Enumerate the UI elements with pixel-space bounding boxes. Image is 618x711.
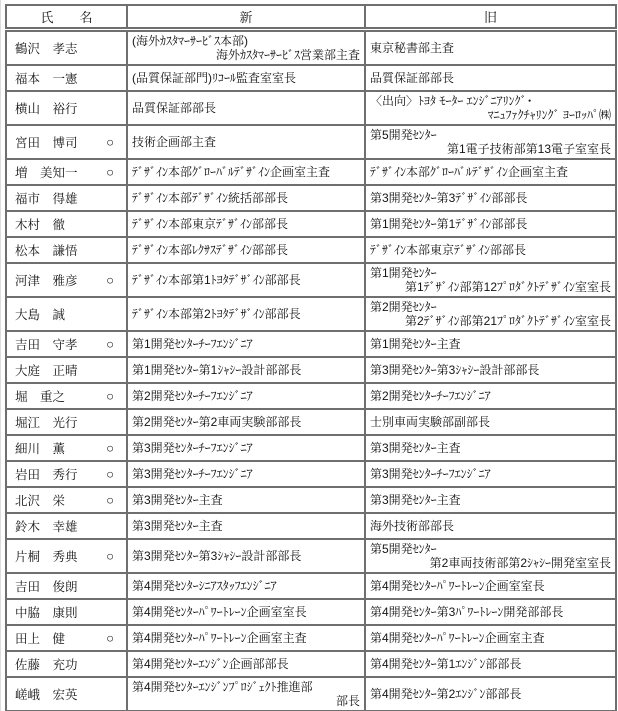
name-cell: 細川 薫○ xyxy=(6,435,127,461)
new-position-line: ﾃﾞｻﾞｲﾝ本部ﾚｸｻｽﾃﾞｻﾞｲﾝ部部長 xyxy=(132,243,360,257)
employee-name: 松本 謙悟 xyxy=(15,244,78,258)
old-position-cell: 第4開発ｾﾝﾀｰﾊﾟﾜｰﾄﾚｰﾝ企画室主査 xyxy=(365,625,616,651)
new-position-cell: 第3開発ｾﾝﾀｰ第3ｼｬｼｰ設計部部長 xyxy=(127,539,365,573)
old-position-cell: ﾃﾞｻﾞｲﾝ本部ｸﾞﾛｰﾊﾞﾙﾃﾞｻﾞｲﾝ企画室主査 xyxy=(365,159,616,185)
employee-name: 大庭 正晴 xyxy=(15,364,78,378)
new-position-line: 品質保証部部長 xyxy=(132,101,360,115)
new-position-line: ﾃﾞｻﾞｲﾝ本部ﾃﾞｻﾞｲﾝ統括部部長 xyxy=(132,191,360,205)
name-cell: 岩田 秀行○ xyxy=(6,461,127,487)
name-cell: 吉田 守孝○ xyxy=(6,331,127,357)
employee-name: 佐藤 充功 xyxy=(15,658,78,672)
new-position-line: 第4開発ｾﾝﾀｰﾊﾟﾜｰﾄﾚｰﾝ企画室主査 xyxy=(132,631,360,645)
column-header-old: 旧 xyxy=(365,5,616,30)
name-cell: 大庭 正晴 xyxy=(6,357,127,383)
employee-name: 福市 得雄 xyxy=(15,192,78,206)
old-position-cell: 第4開発ｾﾝﾀｰﾊﾟﾜｰﾄﾚｰﾝ企画室室長 xyxy=(365,573,616,599)
old-position-cell: 海外技術部部長 xyxy=(365,513,616,539)
table-row: 大島 誠ﾃﾞｻﾞｲﾝ本部第2ﾄﾖﾀﾃﾞｻﾞｲﾝ部部長第2開発ｾﾝﾀｰ第2ﾃﾞｻﾞ… xyxy=(6,297,616,331)
old-position-line: 第3開発ｾﾝﾀｰ主査 xyxy=(370,441,611,455)
new-position-cell: ﾃﾞｻﾞｲﾝ本部ﾃﾞｻﾞｲﾝ統括部部長 xyxy=(127,185,365,211)
old-position-line: 第2開発ｾﾝﾀｰ xyxy=(370,300,611,314)
name-cell: 嵯峨 宏英 xyxy=(6,677,127,711)
new-position-line: 部長 xyxy=(132,694,360,708)
table-row: 鶴沢 孝志(海外ｶｽﾀﾏｰｻｰﾋﾞｽ本部)海外ｶｽﾀﾏｰｻｰﾋﾞｽ営業部主査東京… xyxy=(6,30,616,66)
table-row: 堀江 光行第2開発ｾﾝﾀｰ第2車両実験部部長士別車両実験部副部長 xyxy=(6,409,616,435)
name-cell: 増 美知一○ xyxy=(6,159,127,185)
new-position-line: 第3開発ｾﾝﾀｰﾁｰﾌｴﾝｼﾞﾆｱ xyxy=(132,467,360,481)
table-row: 佐藤 充功第4開発ｾﾝﾀｰｴﾝｼﾞﾝ企画部部長第4開発ｾﾝﾀｰ第1ｴﾝｼﾞﾝ部部… xyxy=(6,651,616,677)
old-position-line: 第1ﾃﾞｻﾞｲﾝ部第12ﾌﾟﾛﾀﾞｸﾄﾃﾞｻﾞｲﾝ室室長 xyxy=(370,280,611,294)
employee-name: 河津 雅彦 xyxy=(15,274,78,288)
new-position-cell: 第4開発ｾﾝﾀｰﾊﾟﾜｰﾄﾚｰﾝ企画室室長 xyxy=(127,599,365,625)
old-position-cell: 第5開発ｾﾝﾀｰ第1電子技術部第13電子室室長 xyxy=(365,125,616,159)
circle-mark: ○ xyxy=(106,549,114,564)
employee-name: 福本 一憲 xyxy=(15,72,78,86)
old-position-line: 第2開発ｾﾝﾀｰﾁｰﾌｴﾝｼﾞﾆｱ xyxy=(370,389,611,403)
new-position-line: 第4開発ｾﾝﾀｰｴﾝｼﾞﾝﾌﾟﾛｼﾞｪｸﾄ推進部 xyxy=(132,680,360,694)
new-position-cell: 技術企画部主査 xyxy=(127,125,365,159)
name-cell: 片桐 秀典○ xyxy=(6,539,127,573)
table-row: 河津 雅彦○ﾃﾞｻﾞｲﾝ本部第1ﾄﾖﾀﾃﾞｻﾞｲﾝ部部長第1開発ｾﾝﾀｰ第1ﾃﾞ… xyxy=(6,263,616,297)
employee-name: 鶴沢 孝志 xyxy=(15,42,78,56)
table-body: 鶴沢 孝志(海外ｶｽﾀﾏｰｻｰﾋﾞｽ本部)海外ｶｽﾀﾏｰｻｰﾋﾞｽ営業部主査東京… xyxy=(6,30,616,711)
table-row: 吉田 俊朗第4開発ｾﾝﾀｰｼﾆｱｽﾀｯﾌｴﾝｼﾞﾆｱ第4開発ｾﾝﾀｰﾊﾟﾜｰﾄﾚ… xyxy=(6,573,616,599)
name-cell: 佐藤 充功 xyxy=(6,651,127,677)
employee-name: 木村 徹 xyxy=(15,218,65,232)
name-cell: 堀 重之○ xyxy=(6,383,127,409)
new-position-cell: 第4開発ｾﾝﾀｰﾊﾟﾜｰﾄﾚｰﾝ企画室主査 xyxy=(127,625,365,651)
table-row: 吉田 守孝○第1開発ｾﾝﾀｰﾁｰﾌｴﾝｼﾞﾆｱ第1開発ｾﾝﾀｰ主査 xyxy=(6,331,616,357)
new-position-line: 第3開発ｾﾝﾀｰﾁｰﾌｴﾝｼﾞﾆｱ xyxy=(132,441,360,455)
name-cell: 北沢 栄○ xyxy=(6,487,127,513)
new-position-line: 第2開発ｾﾝﾀｰ第2車両実験部部長 xyxy=(132,415,360,429)
employee-name: 吉田 俊朗 xyxy=(15,580,78,594)
table-row: 木村 徹ﾃﾞｻﾞｲﾝ本部東京ﾃﾞｻﾞｲﾝ部部長第1開発ｾﾝﾀｰ第1ﾃﾞｻﾞｲﾝ部… xyxy=(6,211,616,237)
old-position-cell: ﾃﾞｻﾞｲﾝ本部東京ﾃﾞｻﾞｲﾝ部部長 xyxy=(365,237,616,263)
old-position-line: 第3開発ｾﾝﾀｰ第3ｼｬｼｰ設計部部長 xyxy=(370,363,611,377)
circle-mark: ○ xyxy=(106,467,114,482)
employee-name: 増 美知一 xyxy=(15,166,78,180)
old-position-cell: 第4開発ｾﾝﾀｰ第3ﾊﾟﾜｰﾄﾚｰﾝ開発部部長 xyxy=(365,599,616,625)
old-position-line: 第1電子技術部第13電子室室長 xyxy=(370,142,611,156)
name-cell: 河津 雅彦○ xyxy=(6,263,127,297)
old-position-line: 第2ﾃﾞｻﾞｲﾝ部第21ﾌﾟﾛﾀﾞｸﾄﾃﾞｻﾞｲﾝ室室長 xyxy=(370,314,611,328)
employee-name: 堀 重之 xyxy=(15,390,65,404)
table-row: 福本 一憲(品質保証部門)ﾘｺｰﾙ監査室室長品質保証部部長 xyxy=(6,65,616,91)
new-position-cell: 品質保証部部長 xyxy=(127,91,365,125)
name-cell: 宮田 博司○ xyxy=(6,125,127,159)
name-cell: 中脇 康則 xyxy=(6,599,127,625)
name-cell: 横山 裕行 xyxy=(6,91,127,125)
old-position-line: 第3開発ｾﾝﾀｰ第3ﾃﾞｻﾞｲﾝ部部長 xyxy=(370,191,611,205)
employee-name: 中脇 康則 xyxy=(15,606,78,620)
name-cell: 大島 誠 xyxy=(6,297,127,331)
new-position-line: (海外ｶｽﾀﾏｰｻｰﾋﾞｽ本部) xyxy=(132,34,360,48)
old-position-line: 第4開発ｾﾝﾀｰ第1ｴﾝｼﾞﾝ部部長 xyxy=(370,657,611,671)
old-position-line: 第4開発ｾﾝﾀｰ第3ﾊﾟﾜｰﾄﾚｰﾝ開発部部長 xyxy=(370,605,611,619)
name-cell: 福市 得雄 xyxy=(6,185,127,211)
column-header-name: 氏 名 xyxy=(6,5,127,30)
circle-mark: ○ xyxy=(106,135,114,150)
circle-mark: ○ xyxy=(106,493,114,508)
name-cell: 吉田 俊朗 xyxy=(6,573,127,599)
new-position-line: 第1開発ｾﾝﾀｰﾁｰﾌｴﾝｼﾞﾆｱ xyxy=(132,337,360,351)
employee-name: 田上 健 xyxy=(15,632,65,646)
new-position-line: 海外ｶｽﾀﾏｰｻｰﾋﾞｽ営業部主査 xyxy=(132,48,360,62)
new-position-cell: 第1開発ｾﾝﾀｰ第1ｼｬｼｰ設計部部長 xyxy=(127,357,365,383)
old-position-line: 第4開発ｾﾝﾀｰ第2ｴﾝｼﾞﾝ部部長 xyxy=(370,687,611,701)
old-position-cell: 第3開発ｾﾝﾀｰﾁｰﾌｴﾝｼﾞﾆｱ xyxy=(365,461,616,487)
table-row: 岩田 秀行○第3開発ｾﾝﾀｰﾁｰﾌｴﾝｼﾞﾆｱ第3開発ｾﾝﾀｰﾁｰﾌｴﾝｼﾞﾆｱ xyxy=(6,461,616,487)
employee-name: 細川 薫 xyxy=(15,442,65,456)
new-position-line: ﾃﾞｻﾞｲﾝ本部ｸﾞﾛｰﾊﾞﾙﾃﾞｻﾞｲﾝ企画室主査 xyxy=(132,165,360,179)
table-row: 中脇 康則第4開発ｾﾝﾀｰﾊﾟﾜｰﾄﾚｰﾝ企画室室長第4開発ｾﾝﾀｰ第3ﾊﾟﾜｰ… xyxy=(6,599,616,625)
new-position-cell: 第4開発ｾﾝﾀｰｴﾝｼﾞﾝﾌﾟﾛｼﾞｪｸﾄ推進部部長 xyxy=(127,677,365,711)
old-position-cell: 士別車両実験部副部長 xyxy=(365,409,616,435)
new-position-line: ﾃﾞｻﾞｲﾝ本部第2ﾄﾖﾀﾃﾞｻﾞｲﾝ部部長 xyxy=(132,307,360,321)
new-position-cell: 第1開発ｾﾝﾀｰﾁｰﾌｴﾝｼﾞﾆｱ xyxy=(127,331,365,357)
old-position-line: 士別車両実験部副部長 xyxy=(370,415,611,429)
circle-mark: ○ xyxy=(106,165,114,180)
old-position-cell: 第2開発ｾﾝﾀｰﾁｰﾌｴﾝｼﾞﾆｱ xyxy=(365,383,616,409)
new-position-cell: 第4開発ｾﾝﾀｰｴﾝｼﾞﾝ企画部部長 xyxy=(127,651,365,677)
name-cell: 田上 健○ xyxy=(6,625,127,651)
employee-name: 嵯峨 宏英 xyxy=(15,688,78,702)
name-cell: 木村 徹 xyxy=(6,211,127,237)
name-cell: 鈴木 幸雄 xyxy=(6,513,127,539)
name-cell: 堀江 光行 xyxy=(6,409,127,435)
new-position-line: 第3開発ｾﾝﾀｰ主査 xyxy=(132,519,360,533)
old-position-line: 第4開発ｾﾝﾀｰﾊﾟﾜｰﾄﾚｰﾝ企画室主査 xyxy=(370,631,611,645)
old-position-line: 第1開発ｾﾝﾀｰ xyxy=(370,266,611,280)
new-position-line: 第3開発ｾﾝﾀｰ主査 xyxy=(132,493,360,507)
new-position-line: 技術企画部主査 xyxy=(132,135,360,149)
old-position-cell: 東京秘書部主査 xyxy=(365,30,616,66)
table-row: 松本 謙悟ﾃﾞｻﾞｲﾝ本部ﾚｸｻｽﾃﾞｻﾞｲﾝ部部長ﾃﾞｻﾞｲﾝ本部東京ﾃﾞｻﾞ… xyxy=(6,237,616,263)
old-position-line: 第5開発ｾﾝﾀｰ xyxy=(370,128,611,142)
old-position-line: 第2車両技術部第2ｼｬｼｰ開発室室長 xyxy=(370,556,611,570)
new-position-cell: (品質保証部門)ﾘｺｰﾙ監査室室長 xyxy=(127,65,365,91)
old-position-cell: 第1開発ｾﾝﾀｰ主査 xyxy=(365,331,616,357)
new-position-line: 第3開発ｾﾝﾀｰ第3ｼｬｼｰ設計部部長 xyxy=(132,549,360,563)
new-position-line: 第4開発ｾﾝﾀｰｼﾆｱｽﾀｯﾌｴﾝｼﾞﾆｱ xyxy=(132,579,360,593)
circle-mark: ○ xyxy=(106,441,114,456)
old-position-cell: 第3開発ｾﾝﾀｰ主査 xyxy=(365,435,616,461)
personnel-change-table: 氏 名 新 旧 鶴沢 孝志(海外ｶｽﾀﾏｰｻｰﾋﾞｽ本部)海外ｶｽﾀﾏｰｻｰﾋﾞ… xyxy=(5,4,617,711)
new-position-cell: ﾃﾞｻﾞｲﾝ本部第2ﾄﾖﾀﾃﾞｻﾞｲﾝ部部長 xyxy=(127,297,365,331)
employee-name: 片桐 秀典 xyxy=(15,550,78,564)
old-position-cell: 第4開発ｾﾝﾀｰ第2ｴﾝｼﾞﾝ部部長 xyxy=(365,677,616,711)
new-position-cell: 第3開発ｾﾝﾀｰ主査 xyxy=(127,487,365,513)
employee-name: 横山 裕行 xyxy=(15,102,78,116)
employee-name: 吉田 守孝 xyxy=(15,338,78,352)
old-position-line: 第1開発ｾﾝﾀｰ第1ﾃﾞｻﾞｲﾝ部部長 xyxy=(370,217,611,231)
old-position-line: 東京秘書部主査 xyxy=(370,41,611,55)
old-position-cell: 第2開発ｾﾝﾀｰ第2ﾃﾞｻﾞｲﾝ部第21ﾌﾟﾛﾀﾞｸﾄﾃﾞｻﾞｲﾝ室室長 xyxy=(365,297,616,331)
employee-name: 北沢 栄 xyxy=(15,494,65,508)
document-sheet: 氏 名 新 旧 鶴沢 孝志(海外ｶｽﾀﾏｰｻｰﾋﾞｽ本部)海外ｶｽﾀﾏｰｻｰﾋﾞ… xyxy=(0,0,618,711)
employee-name: 大島 誠 xyxy=(15,308,65,322)
old-position-line: 第1開発ｾﾝﾀｰ主査 xyxy=(370,337,611,351)
new-position-cell: 第3開発ｾﾝﾀｰﾁｰﾌｴﾝｼﾞﾆｱ xyxy=(127,435,365,461)
employee-name: 宮田 博司 xyxy=(15,136,78,150)
new-position-line: 第1開発ｾﾝﾀｰ第1ｼｬｼｰ設計部部長 xyxy=(132,363,360,377)
old-position-line: ﾃﾞｻﾞｲﾝ本部ｸﾞﾛｰﾊﾞﾙﾃﾞｻﾞｲﾝ企画室主査 xyxy=(370,165,611,179)
old-position-line: ﾏﾆｭﾌｧｸﾁｬﾘﾝｸﾞ ﾖｰﾛｯﾊﾟ㈱ xyxy=(370,108,611,122)
table-header: 氏 名 新 旧 xyxy=(6,5,616,30)
new-position-cell: ﾃﾞｻﾞｲﾝ本部第1ﾄﾖﾀﾃﾞｻﾞｲﾝ部部長 xyxy=(127,263,365,297)
name-cell: 松本 謙悟 xyxy=(6,237,127,263)
table-row: 宮田 博司○技術企画部主査第5開発ｾﾝﾀｰ第1電子技術部第13電子室室長 xyxy=(6,125,616,159)
circle-mark: ○ xyxy=(106,273,114,288)
old-position-line: 第3開発ｾﾝﾀｰﾁｰﾌｴﾝｼﾞﾆｱ xyxy=(370,467,611,481)
old-position-line: ﾃﾞｻﾞｲﾝ本部東京ﾃﾞｻﾞｲﾝ部部長 xyxy=(370,243,611,257)
table-row: 堀 重之○第2開発ｾﾝﾀｰﾁｰﾌｴﾝｼﾞﾆｱ第2開発ｾﾝﾀｰﾁｰﾌｴﾝｼﾞﾆｱ xyxy=(6,383,616,409)
old-position-cell: 第5開発ｾﾝﾀｰ第2車両技術部第2ｼｬｼｰ開発室室長 xyxy=(365,539,616,573)
old-position-cell: 第4開発ｾﾝﾀｰ第1ｴﾝｼﾞﾝ部部長 xyxy=(365,651,616,677)
name-cell: 鶴沢 孝志 xyxy=(6,30,127,66)
employee-name: 鈴木 幸雄 xyxy=(15,520,78,534)
new-position-cell: ﾃﾞｻﾞｲﾝ本部東京ﾃﾞｻﾞｲﾝ部部長 xyxy=(127,211,365,237)
header-row: 氏 名 新 旧 xyxy=(6,5,616,30)
new-position-line: 第2開発ｾﾝﾀｰﾁｰﾌｴﾝｼﾞﾆｱ xyxy=(132,389,360,403)
new-position-cell: 第2開発ｾﾝﾀｰﾁｰﾌｴﾝｼﾞﾆｱ xyxy=(127,383,365,409)
table-row: 増 美知一○ﾃﾞｻﾞｲﾝ本部ｸﾞﾛｰﾊﾞﾙﾃﾞｻﾞｲﾝ企画室主査ﾃﾞｻﾞｲﾝ本部… xyxy=(6,159,616,185)
circle-mark: ○ xyxy=(106,631,114,646)
old-position-cell: 第1開発ｾﾝﾀｰ第1ﾃﾞｻﾞｲﾝ部部長 xyxy=(365,211,616,237)
old-position-cell: 〈出向〉ﾄﾖﾀ ﾓｰﾀｰ ｴﾝｼﾞﾆｱﾘﾝｸﾞ･ﾏﾆｭﾌｧｸﾁｬﾘﾝｸﾞ ﾖｰﾛ… xyxy=(365,91,616,125)
table-row: 嵯峨 宏英第4開発ｾﾝﾀｰｴﾝｼﾞﾝﾌﾟﾛｼﾞｪｸﾄ推進部部長第4開発ｾﾝﾀｰ第… xyxy=(6,677,616,711)
old-position-cell: 第1開発ｾﾝﾀｰ第1ﾃﾞｻﾞｲﾝ部第12ﾌﾟﾛﾀﾞｸﾄﾃﾞｻﾞｲﾝ室室長 xyxy=(365,263,616,297)
old-position-line: 第5開発ｾﾝﾀｰ xyxy=(370,542,611,556)
new-position-cell: 第3開発ｾﾝﾀｰﾁｰﾌｴﾝｼﾞﾆｱ xyxy=(127,461,365,487)
old-position-cell: 第3開発ｾﾝﾀｰ主査 xyxy=(365,487,616,513)
circle-mark: ○ xyxy=(106,337,114,352)
new-position-cell: 第3開発ｾﾝﾀｰ主査 xyxy=(127,513,365,539)
new-position-cell: ﾃﾞｻﾞｲﾝ本部ｸﾞﾛｰﾊﾞﾙﾃﾞｻﾞｲﾝ企画室主査 xyxy=(127,159,365,185)
employee-name: 岩田 秀行 xyxy=(15,468,78,482)
new-position-cell: 第4開発ｾﾝﾀｰｼﾆｱｽﾀｯﾌｴﾝｼﾞﾆｱ xyxy=(127,573,365,599)
old-position-line: 第4開発ｾﾝﾀｰﾊﾟﾜｰﾄﾚｰﾝ企画室室長 xyxy=(370,579,611,593)
table-row: 横山 裕行品質保証部部長〈出向〉ﾄﾖﾀ ﾓｰﾀｰ ｴﾝｼﾞﾆｱﾘﾝｸﾞ･ﾏﾆｭﾌ… xyxy=(6,91,616,125)
old-position-cell: 第3開発ｾﾝﾀｰ第3ｼｬｼｰ設計部部長 xyxy=(365,357,616,383)
table-row: 田上 健○第4開発ｾﾝﾀｰﾊﾟﾜｰﾄﾚｰﾝ企画室主査第4開発ｾﾝﾀｰﾊﾟﾜｰﾄﾚ… xyxy=(6,625,616,651)
old-position-line: 海外技術部部長 xyxy=(370,519,611,533)
table-row: 細川 薫○第3開発ｾﾝﾀｰﾁｰﾌｴﾝｼﾞﾆｱ第3開発ｾﾝﾀｰ主査 xyxy=(6,435,616,461)
column-header-new: 新 xyxy=(127,5,365,30)
name-cell: 福本 一憲 xyxy=(6,65,127,91)
employee-name: 堀江 光行 xyxy=(15,416,78,430)
new-position-cell: ﾃﾞｻﾞｲﾝ本部ﾚｸｻｽﾃﾞｻﾞｲﾝ部部長 xyxy=(127,237,365,263)
table-row: 片桐 秀典○第3開発ｾﾝﾀｰ第3ｼｬｼｰ設計部部長第5開発ｾﾝﾀｰ第2車両技術部… xyxy=(6,539,616,573)
old-position-line: 〈出向〉ﾄﾖﾀ ﾓｰﾀｰ ｴﾝｼﾞﾆｱﾘﾝｸﾞ･ xyxy=(370,94,611,108)
new-position-line: 第4開発ｾﾝﾀｰｴﾝｼﾞﾝ企画部部長 xyxy=(132,657,360,671)
new-position-line: 第4開発ｾﾝﾀｰﾊﾟﾜｰﾄﾚｰﾝ企画室室長 xyxy=(132,605,360,619)
new-position-line: (品質保証部門)ﾘｺｰﾙ監査室室長 xyxy=(132,71,360,85)
old-position-cell: 品質保証部部長 xyxy=(365,65,616,91)
new-position-cell: (海外ｶｽﾀﾏｰｻｰﾋﾞｽ本部)海外ｶｽﾀﾏｰｻｰﾋﾞｽ営業部主査 xyxy=(127,30,365,66)
table-row: 鈴木 幸雄第3開発ｾﾝﾀｰ主査海外技術部部長 xyxy=(6,513,616,539)
old-position-cell: 第3開発ｾﾝﾀｰ第3ﾃﾞｻﾞｲﾝ部部長 xyxy=(365,185,616,211)
circle-mark: ○ xyxy=(106,389,114,404)
old-position-line: 第3開発ｾﾝﾀｰ主査 xyxy=(370,493,611,507)
table-row: 大庭 正晴第1開発ｾﾝﾀｰ第1ｼｬｼｰ設計部部長第3開発ｾﾝﾀｰ第3ｼｬｼｰ設計… xyxy=(6,357,616,383)
new-position-line: ﾃﾞｻﾞｲﾝ本部第1ﾄﾖﾀﾃﾞｻﾞｲﾝ部部長 xyxy=(132,273,360,287)
new-position-line: ﾃﾞｻﾞｲﾝ本部東京ﾃﾞｻﾞｲﾝ部部長 xyxy=(132,217,360,231)
old-position-line: 品質保証部部長 xyxy=(370,71,611,85)
table-row: 北沢 栄○第3開発ｾﾝﾀｰ主査第3開発ｾﾝﾀｰ主査 xyxy=(6,487,616,513)
table-row: 福市 得雄ﾃﾞｻﾞｲﾝ本部ﾃﾞｻﾞｲﾝ統括部部長第3開発ｾﾝﾀｰ第3ﾃﾞｻﾞｲﾝ… xyxy=(6,185,616,211)
new-position-cell: 第2開発ｾﾝﾀｰ第2車両実験部部長 xyxy=(127,409,365,435)
